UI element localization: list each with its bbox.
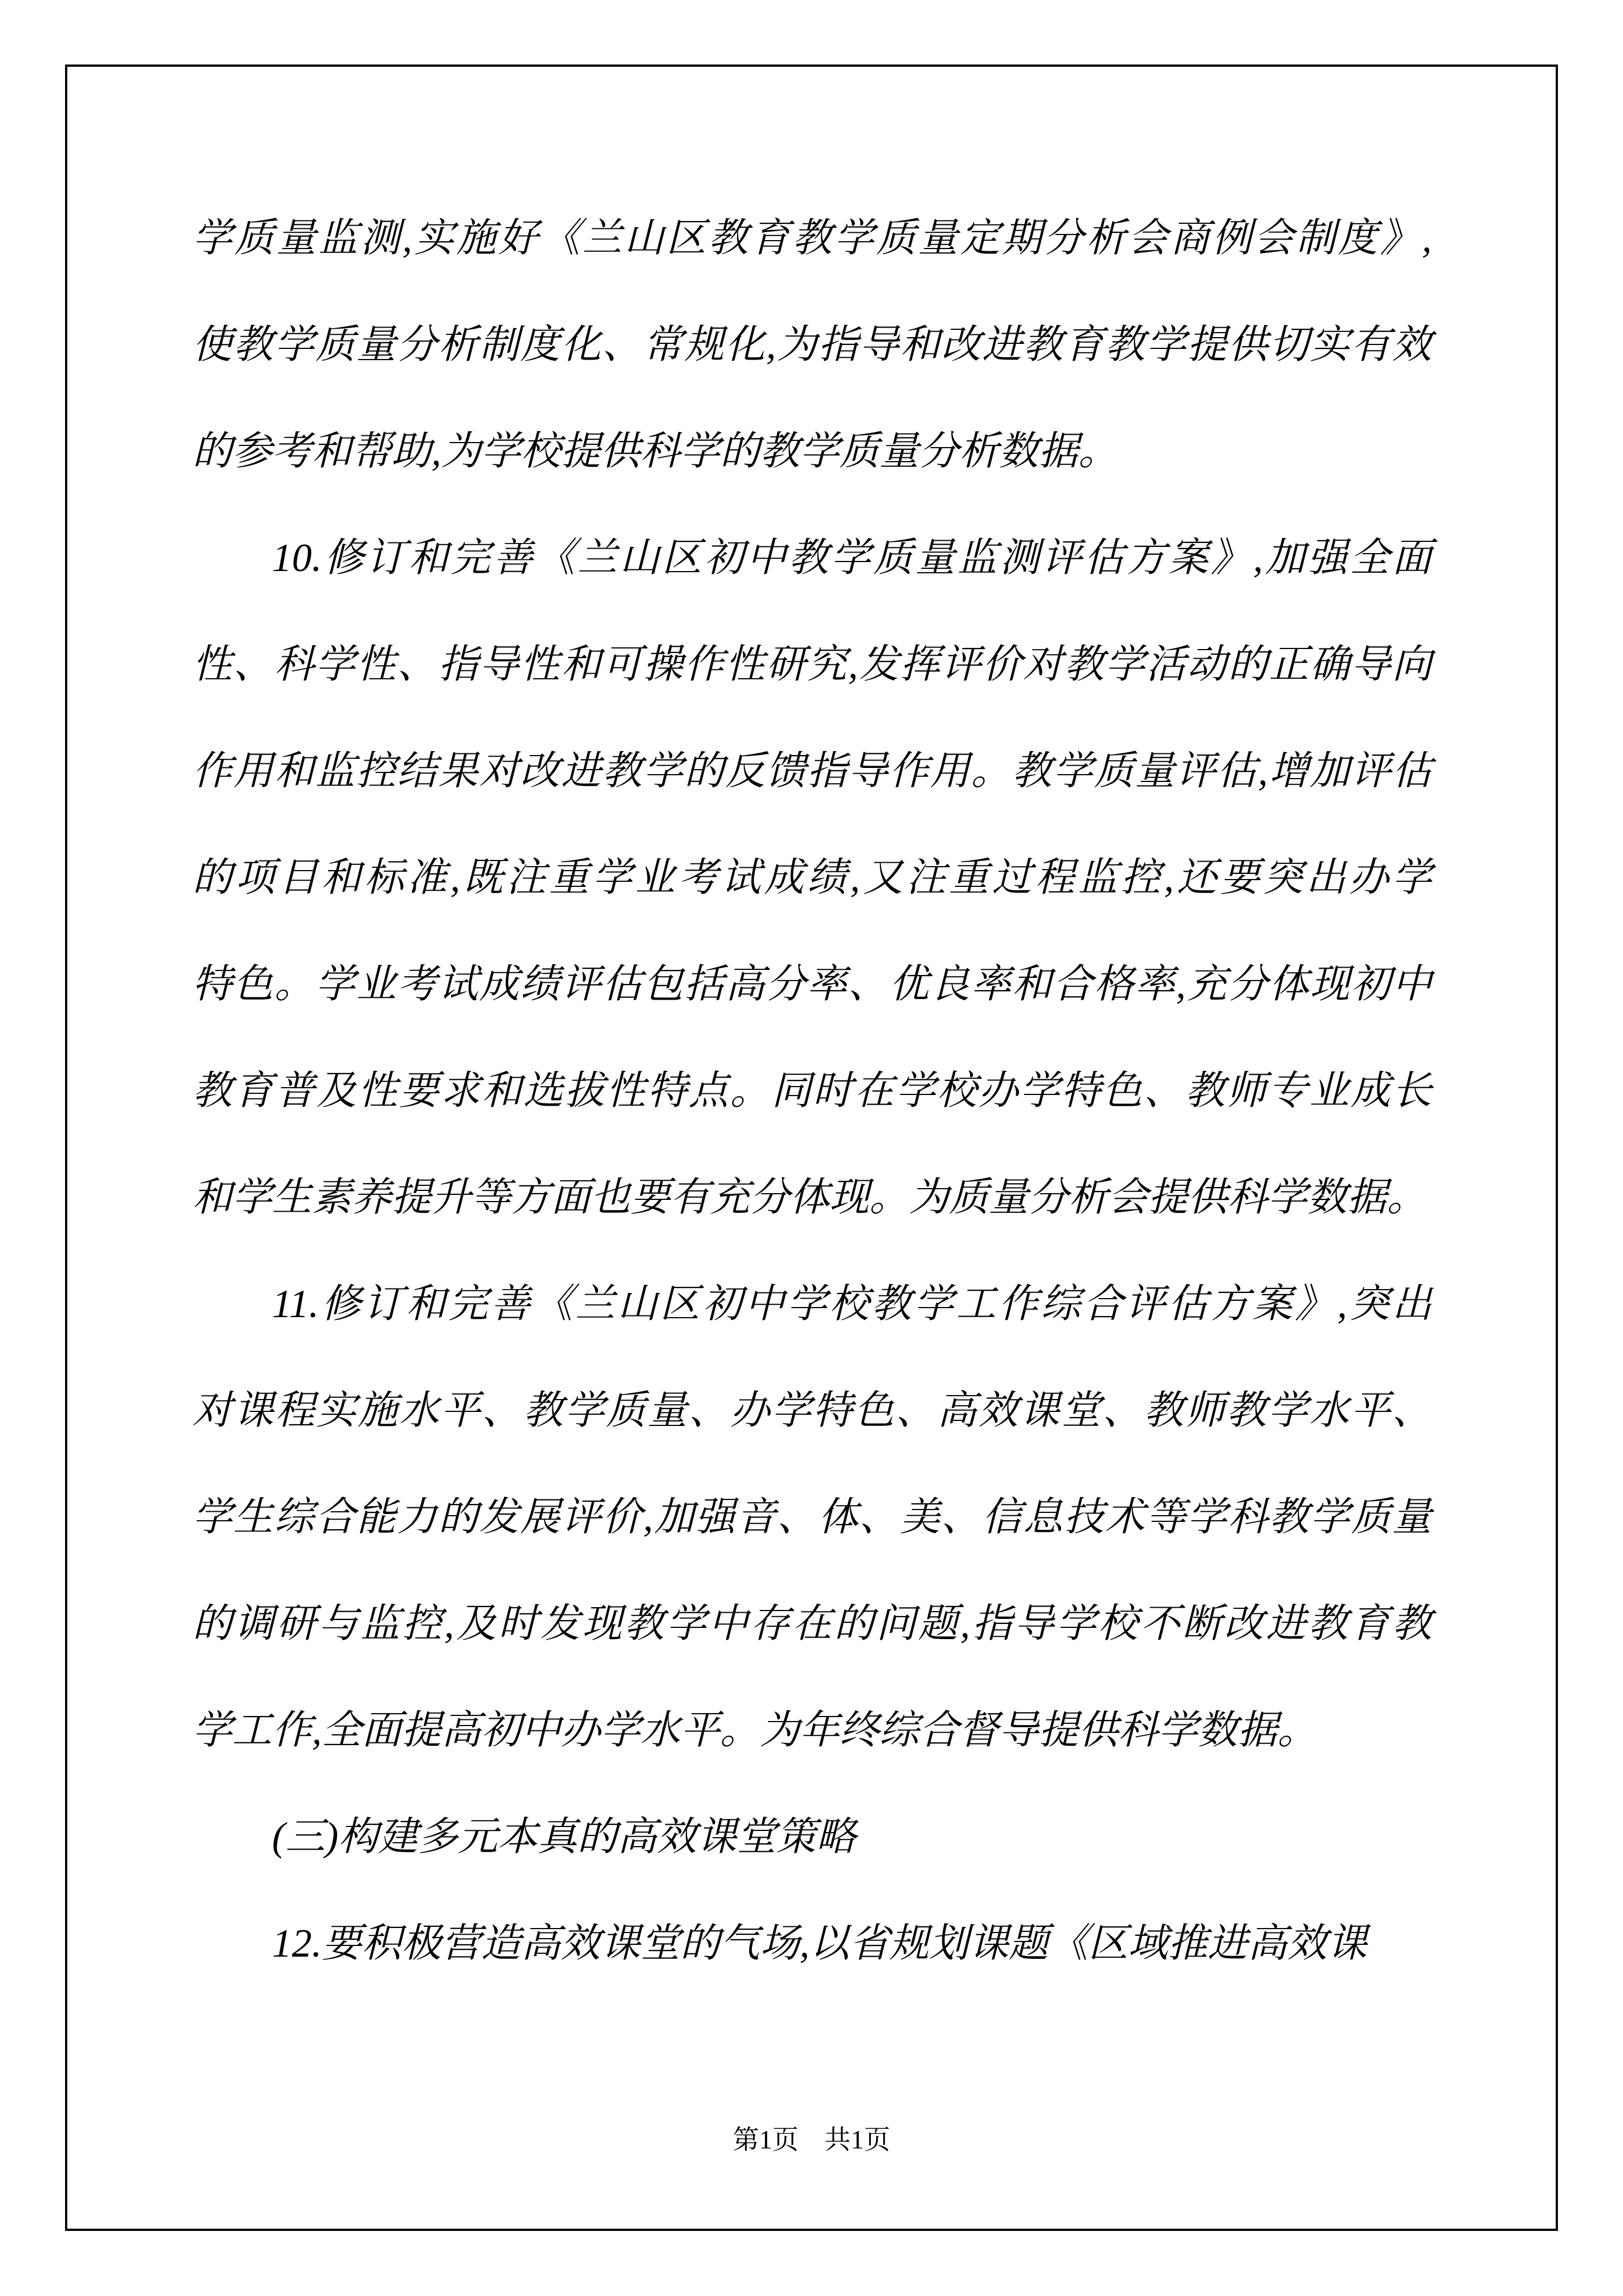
text-line: 对课程实施水平、教学质量、办学特色、高效课堂、教师教学水平、 [192,1358,1432,1464]
text-line: 10.修订和完善《兰山区初中教学质量监测评估方案》,加强全面 [192,505,1432,611]
text-line: 12.要积极营造高效课堂的气场,以省规划课题《区域推进高效课 [192,1890,1432,1997]
text-line: 11.修订和完善《兰山区初中学校教学工作综合评估方案》,突出 [192,1251,1432,1358]
text-line: 的调研与监控,及时发现教学中存在的问题,指导学校不断改进教育教 [192,1571,1432,1677]
text-line: 的项目和标准,既注重学业考试成绩,又注重过程监控,还要突出办学 [192,825,1432,931]
text-line: 性、科学性、指导性和可操作性研究,发挥评价对教学活动的正确导向 [192,611,1432,718]
text-line: 学工作,全面提高初中办学水平。为年终综合督导提供科学数据。 [192,1677,1432,1784]
text-line: 特色。学业考试成绩评估包括高分率、优良率和合格率,充分体现初中 [192,931,1432,1038]
section-heading-line: (三)构建多元本真的高效课堂策略 [192,1784,1432,1890]
footer-page-number: 第1页 [733,2125,799,2155]
text-line: 学生综合能力的发展评价,加强音、体、美、信息技术等学科教学质量 [192,1464,1432,1571]
text-line: 作用和监控结果对改进教学的反馈指导作用。教学质量评估,增加评估 [192,718,1432,825]
text-line: 学质量监测,实施好《兰山区教育教学质量定期分析会商例会制度》, [192,185,1432,292]
text-line: 使教学质量分析制度化、常规化,为指导和改进教育教学提供切实有效 [192,292,1432,398]
text-line: 的参考和帮助,为学校提供科学的教学质量分析数据。 [192,398,1432,505]
document-page: 学质量监测,实施好《兰山区教育教学质量定期分析会商例会制度》, 使教学质量分析制… [0,0,1623,2296]
page-footer: 第1页共1页 [67,2123,1556,2157]
footer-page-total: 共1页 [824,2125,891,2155]
document-body-text: 学质量监测,实施好《兰山区教育教学质量定期分析会商例会制度》, 使教学质量分析制… [192,185,1432,1997]
text-line: 教育普及性要求和选拔性特点。同时在学校办学特色、教师专业成长 [192,1038,1432,1144]
text-line: 和学生素养提升等方面也要有充分体现。为质量分析会提供科学数据。 [192,1144,1432,1251]
page-border-frame: 学质量监测,实施好《兰山区教育教学质量定期分析会商例会制度》, 使教学质量分析制… [65,65,1558,2231]
